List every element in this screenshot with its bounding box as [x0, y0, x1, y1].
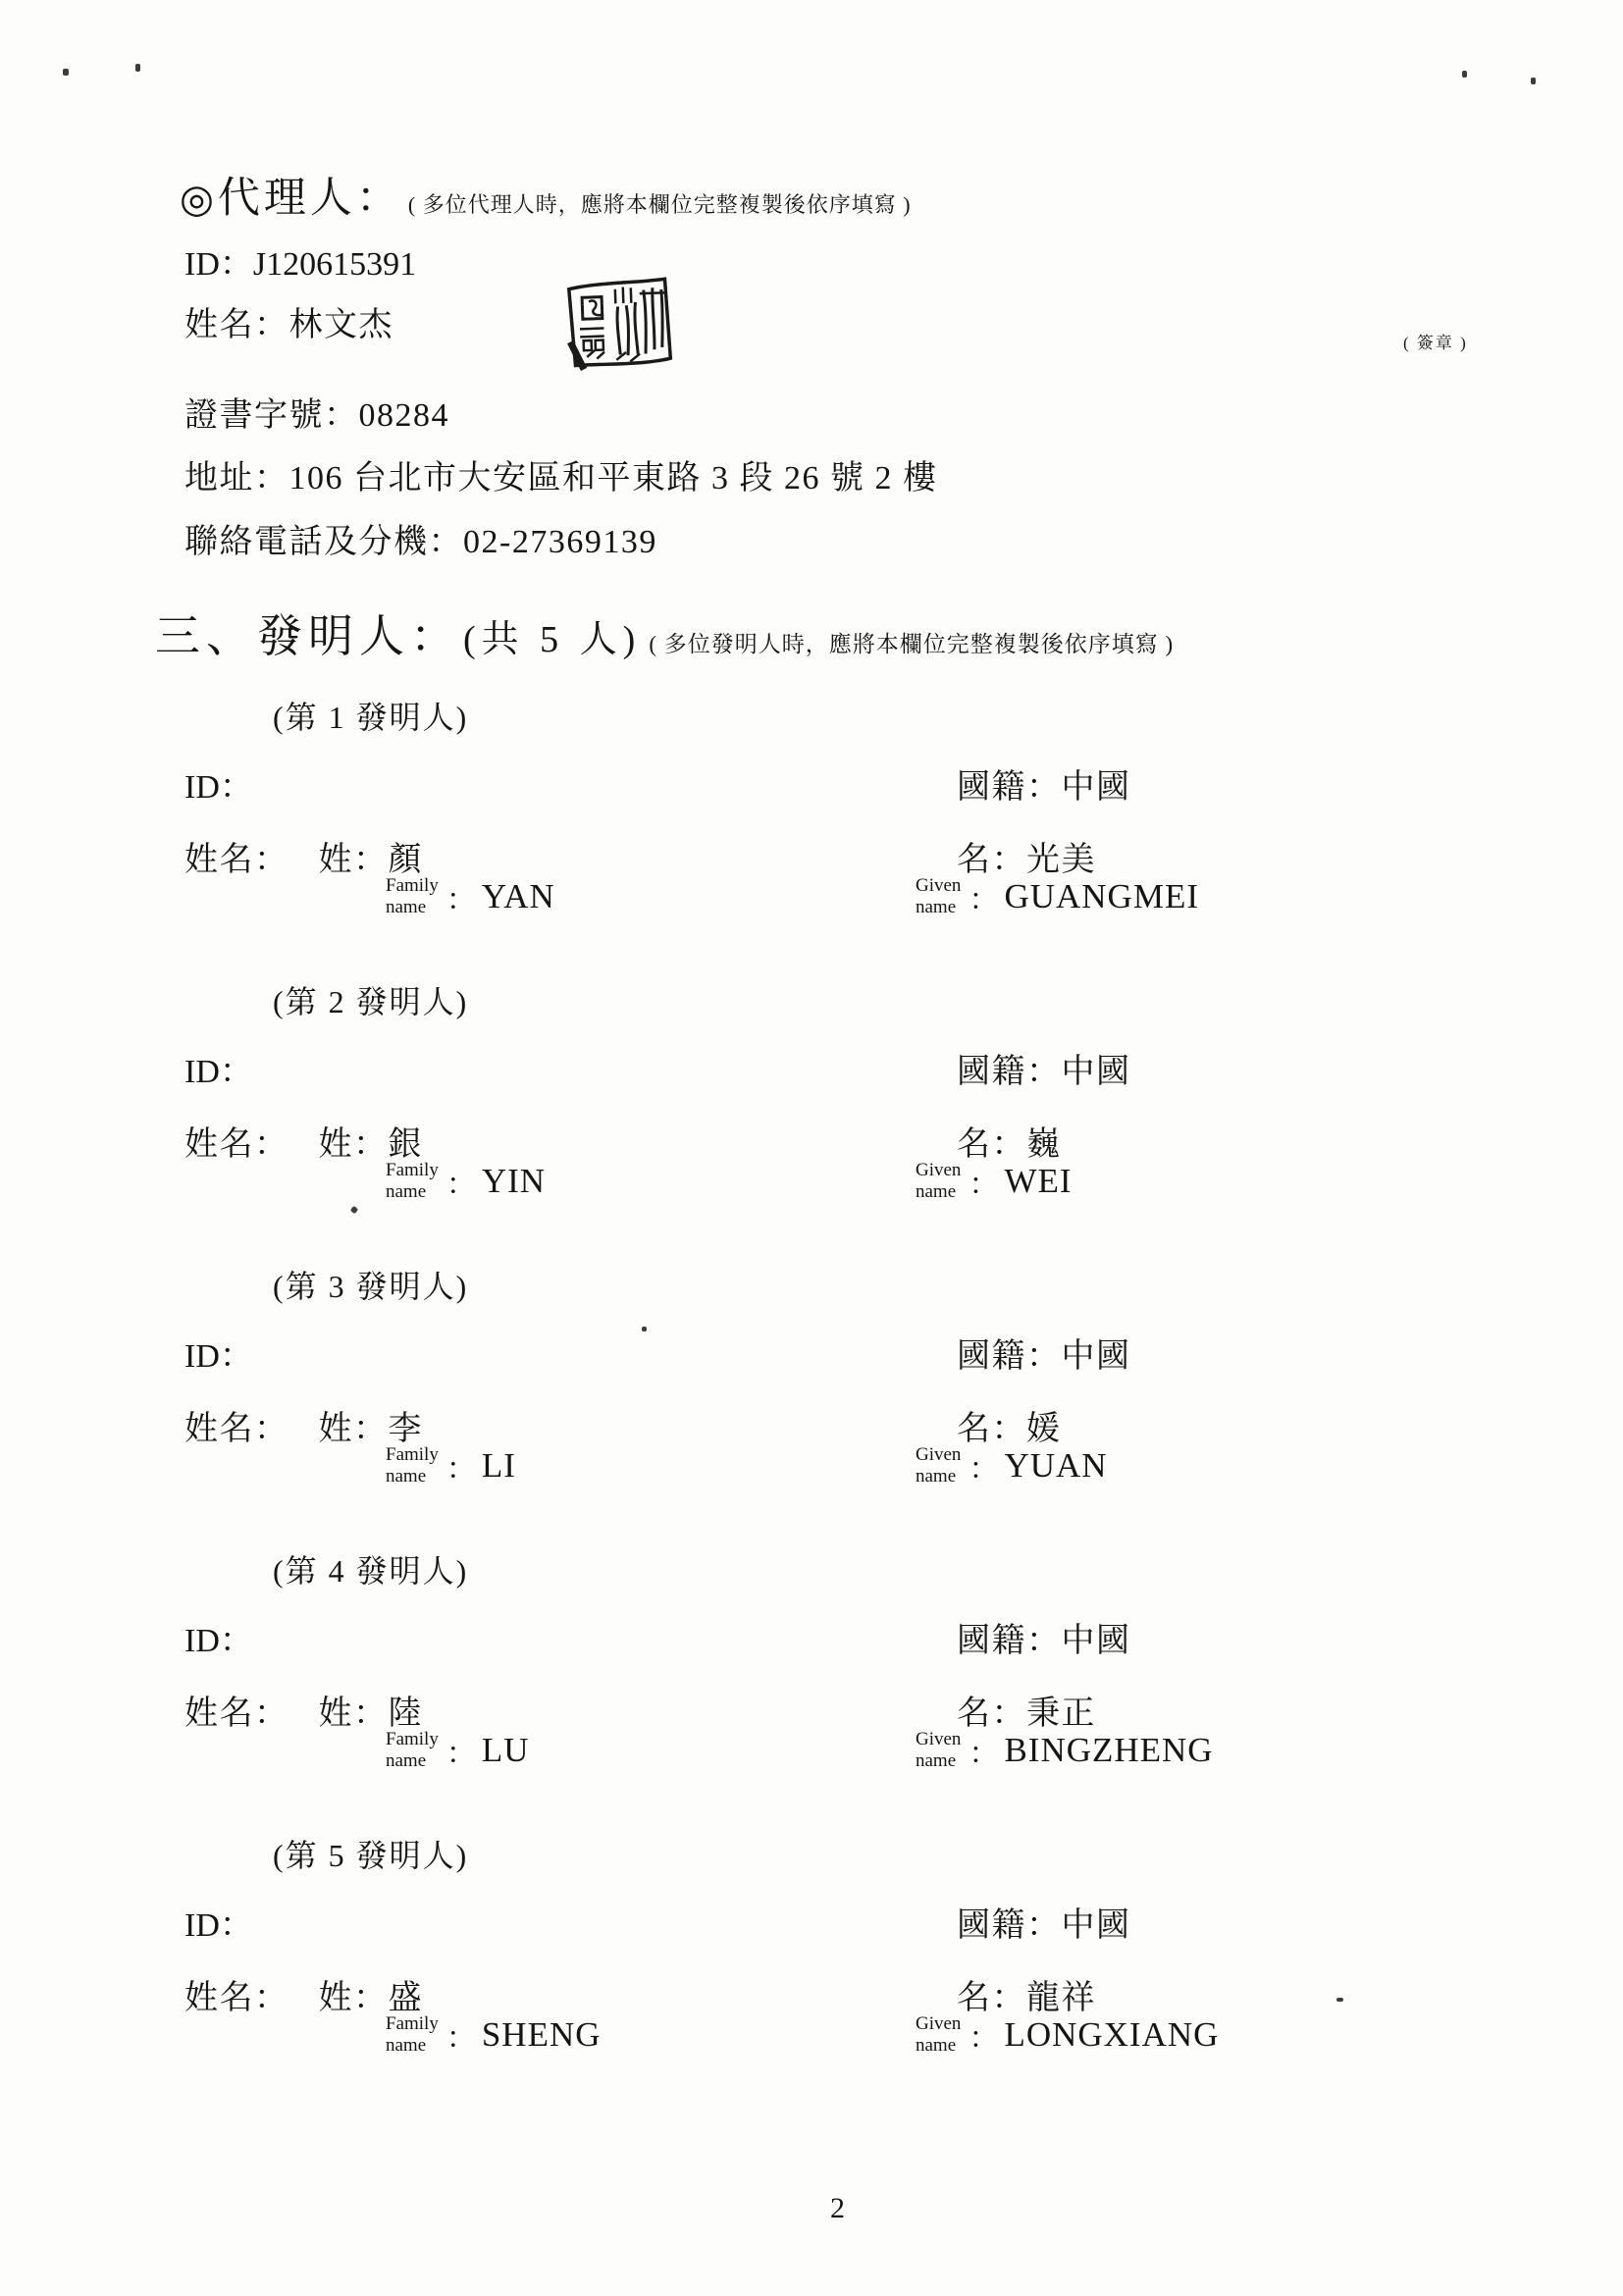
- family-name-roman-value: LI: [482, 1446, 516, 1486]
- inventor-given-line: 名：龍祥: [957, 1970, 1096, 2018]
- inventor-given-line: 名：巍: [957, 1117, 1062, 1165]
- inventor-block: (第 1 發明人) ID： 國籍：中國 姓名：姓：顏 名：光美 Familyna…: [0, 693, 1623, 977]
- nationality-label: 國籍：: [957, 1623, 1062, 1659]
- colon: ：: [969, 2013, 998, 2057]
- nationality-value: 中國: [1062, 1338, 1131, 1375]
- surname-value: 顏: [389, 842, 424, 878]
- nationality-label: 國籍：: [957, 1907, 1062, 1944]
- inventor-ordinal-label: (第 3 發明人): [273, 1262, 468, 1307]
- sign-here-label: ( 簽章 ): [1403, 329, 1468, 353]
- nationality-value: 中國: [1062, 1054, 1131, 1090]
- inventor-ordinal-label: (第 1 發明人): [273, 693, 468, 738]
- agent-address-line: 地址：106 台北市大安區和平東路 3 段 26 號 2 樓: [184, 450, 938, 498]
- given-name-roman-line: Givenname ： BINGZHENG: [916, 1729, 1214, 1772]
- agent-name-label: 姓名：: [184, 307, 289, 343]
- inventor-block: (第 2 發明人) ID： 國籍：中國 姓名：姓：銀 名：巍 Familynam…: [0, 977, 1623, 1262]
- inventor-nationality-line: 國籍：中國: [957, 759, 1131, 808]
- double-circle-icon: ◎: [180, 180, 214, 219]
- inventor-block: (第 3 發明人) ID： 國籍：中國 姓名：姓：李 名：媛 Familynam…: [0, 1262, 1623, 1546]
- inventor-block: (第 4 發明人) ID： 國籍：中國 姓名：姓：陸 名：秉正 Familyna…: [0, 1546, 1623, 1831]
- given-value: 龍祥: [1026, 1980, 1096, 2016]
- agent-phone-label: 聯絡電話及分機：: [184, 524, 463, 560]
- family-name-roman-value: YIN: [482, 1162, 546, 1201]
- inventor-nationality-line: 國籍：中國: [957, 1613, 1131, 1661]
- family-name-label: Familyname: [386, 875, 439, 918]
- family-name-roman-line: Familyname ： LI: [386, 1444, 516, 1487]
- inventor-nationality-line: 國籍：中國: [957, 1898, 1131, 1946]
- given-name-roman-value: GUANGMEI: [1004, 877, 1199, 916]
- given-name-label: Givenname: [916, 1160, 961, 1203]
- given-label: 名：: [957, 1696, 1026, 1732]
- given-value: 光美: [1026, 842, 1096, 878]
- patent-form-page: ◎ 代理人： ( 多位代理人時，應將本欄位完整複製後依序填寫 ) ID：J120…: [0, 0, 1623, 2296]
- inventor-id-line: ID：: [184, 759, 253, 808]
- name-label: 姓名：: [184, 842, 289, 878]
- agent-heading-text: 代理人：: [218, 165, 402, 225]
- inventor-name-line: 姓名：姓：陸: [184, 1686, 423, 1734]
- inventor-id-line: ID：: [184, 1329, 253, 1377]
- given-label: 名：: [957, 1126, 1026, 1163]
- agent-seal-stamp-icon: [559, 273, 676, 372]
- scan-artifact: [1462, 71, 1467, 78]
- inventor-id-line: ID：: [184, 1044, 253, 1092]
- name-label: 姓名：: [184, 1696, 289, 1732]
- inventor-ordinal-label: (第 5 發明人): [273, 1831, 468, 1876]
- inventor-ordinal-label: (第 4 發明人): [273, 1546, 468, 1592]
- family-name-roman-value: SHENG: [482, 2015, 602, 2055]
- nationality-label: 國籍：: [957, 769, 1062, 806]
- colon: ：: [446, 1160, 476, 1203]
- given-name-roman-value: BINGZHENG: [1004, 1731, 1213, 1770]
- family-name-roman-value: LU: [482, 1731, 530, 1770]
- inventor-id-label: ID：: [184, 1907, 253, 1944]
- family-name-roman-line: Familyname ： YIN: [386, 1160, 546, 1203]
- given-name-roman-line: Givenname ： GUANGMEI: [916, 875, 1199, 918]
- agent-name-value: 林文杰: [289, 307, 394, 343]
- inventor-id-label: ID：: [184, 769, 253, 806]
- surname-label: 姓：: [319, 842, 389, 878]
- family-name-roman-line: Familyname ： LU: [386, 1729, 530, 1772]
- inventor-given-line: 名：媛: [957, 1401, 1062, 1449]
- scan-artifact: [135, 64, 140, 72]
- surname-value: 李: [389, 1411, 424, 1447]
- family-name-label: Familyname: [386, 1444, 439, 1487]
- nationality-label: 國籍：: [957, 1338, 1062, 1375]
- colon: ：: [446, 875, 476, 918]
- surname-label: 姓：: [319, 1126, 389, 1163]
- colon: ：: [969, 1729, 998, 1772]
- inventor-id-line: ID：: [184, 1898, 253, 1946]
- given-value: 秉正: [1026, 1696, 1096, 1732]
- inventor-name-line: 姓名：姓：銀: [184, 1117, 423, 1165]
- inventor-nationality-line: 國籍：中國: [957, 1044, 1131, 1092]
- agent-heading-note: ( 多位代理人時，應將本欄位完整複製後依序填寫 ): [408, 188, 912, 219]
- family-name-roman-line: Familyname ： YAN: [386, 875, 555, 918]
- given-label: 名：: [957, 1411, 1026, 1447]
- surname-label: 姓：: [319, 1411, 389, 1447]
- given-name-label: Givenname: [916, 1729, 961, 1772]
- given-name-roman-value: YUAN: [1004, 1446, 1107, 1486]
- inventor-nationality-line: 國籍：中國: [957, 1329, 1131, 1377]
- given-name-roman-line: Givenname ： WEI: [916, 1160, 1073, 1203]
- inventor-id-label: ID：: [184, 1623, 253, 1659]
- agent-address-value: 106 台北市大安區和平東路 3 段 26 號 2 樓: [289, 460, 938, 496]
- given-label: 名：: [957, 842, 1026, 878]
- family-name-roman-line: Familyname ： SHENG: [386, 2013, 602, 2057]
- inventor-id-line: ID：: [184, 1613, 253, 1661]
- given-name-label: Givenname: [916, 1444, 961, 1487]
- inventor-name-line: 姓名：姓：李: [184, 1401, 423, 1449]
- nationality-value: 中國: [1062, 1623, 1131, 1659]
- name-label: 姓名：: [184, 1411, 289, 1447]
- nationality-value: 中國: [1062, 769, 1131, 806]
- agent-phone-line: 聯絡電話及分機：02-27369139: [184, 514, 657, 562]
- agent-id-line: ID：J120615391: [184, 236, 416, 285]
- given-value: 媛: [1026, 1411, 1062, 1447]
- surname-value: 銀: [389, 1126, 424, 1163]
- given-name-roman-line: Givenname ： LONGXIANG: [916, 2013, 1219, 2057]
- name-label: 姓名：: [184, 1980, 289, 2016]
- nationality-value: 中國: [1062, 1907, 1131, 1944]
- given-name-roman-line: Givenname ： YUAN: [916, 1444, 1108, 1487]
- inventor-name-line: 姓名：姓：盛: [184, 1970, 423, 2018]
- inventor-given-line: 名：光美: [957, 832, 1096, 880]
- colon: ：: [969, 1160, 998, 1203]
- given-name-roman-value: LONGXIANG: [1004, 2015, 1219, 2055]
- colon: ：: [446, 1729, 476, 1772]
- page-number: 2: [830, 2192, 845, 2225]
- given-name-label: Givenname: [916, 875, 961, 918]
- agent-id-label: ID：: [184, 246, 253, 283]
- colon: ：: [446, 1444, 476, 1487]
- scan-artifact: [1531, 78, 1536, 84]
- agent-id-value: J120615391: [253, 246, 416, 283]
- nationality-label: 國籍：: [957, 1054, 1062, 1090]
- surname-value: 陸: [389, 1696, 424, 1732]
- name-label: 姓名：: [184, 1126, 289, 1163]
- inventor-count: (共 5 人): [463, 608, 641, 662]
- family-name-roman-value: YAN: [482, 877, 555, 916]
- given-name-roman-value: WEI: [1004, 1162, 1072, 1201]
- surname-label: 姓：: [319, 1696, 389, 1732]
- family-name-label: Familyname: [386, 1160, 439, 1203]
- colon: ：: [969, 1444, 998, 1487]
- family-name-label: Familyname: [386, 2013, 439, 2057]
- inventor-id-label: ID：: [184, 1054, 253, 1090]
- inventor-given-line: 名：秉正: [957, 1686, 1096, 1734]
- surname-value: 盛: [389, 1980, 424, 2016]
- agent-cert-label: 證書字號：: [184, 397, 359, 434]
- agent-cert-value: 08284: [359, 397, 450, 434]
- agent-phone-value: 02-27369139: [463, 524, 657, 560]
- agent-name-line: 姓名：林文杰: [184, 297, 393, 345]
- colon: ：: [969, 875, 998, 918]
- given-name-label: Givenname: [916, 2013, 961, 2057]
- agent-address-label: 地址：: [184, 460, 289, 496]
- scan-artifact: [63, 69, 69, 76]
- agent-cert-line: 證書字號：08284: [184, 388, 449, 436]
- inventor-id-label: ID：: [184, 1338, 253, 1375]
- inventor-section-heading: 三、發明人： (共 5 人) ( 多位發明人時，應將本欄位完整複製後依序填寫 ): [155, 600, 1174, 665]
- inventor-heading-note: ( 多位發明人時，應將本欄位完整複製後依序填寫 ): [649, 626, 1174, 658]
- surname-label: 姓：: [319, 1980, 389, 2016]
- given-value: 巍: [1026, 1126, 1062, 1163]
- given-label: 名：: [957, 1980, 1026, 2016]
- inventor-heading-text: 三、發明人：: [155, 600, 461, 665]
- inventor-block: (第 5 發明人) ID： 國籍：中國 姓名：姓：盛 名：龍祥 Familyna…: [0, 1831, 1623, 2115]
- inventor-name-line: 姓名：姓：顏: [184, 832, 423, 880]
- family-name-label: Familyname: [386, 1729, 439, 1772]
- colon: ：: [446, 2013, 476, 2057]
- agent-section-heading: ◎ 代理人： ( 多位代理人時，應將本欄位完整複製後依序填寫 ): [180, 165, 912, 225]
- inventor-ordinal-label: (第 2 發明人): [273, 977, 468, 1022]
